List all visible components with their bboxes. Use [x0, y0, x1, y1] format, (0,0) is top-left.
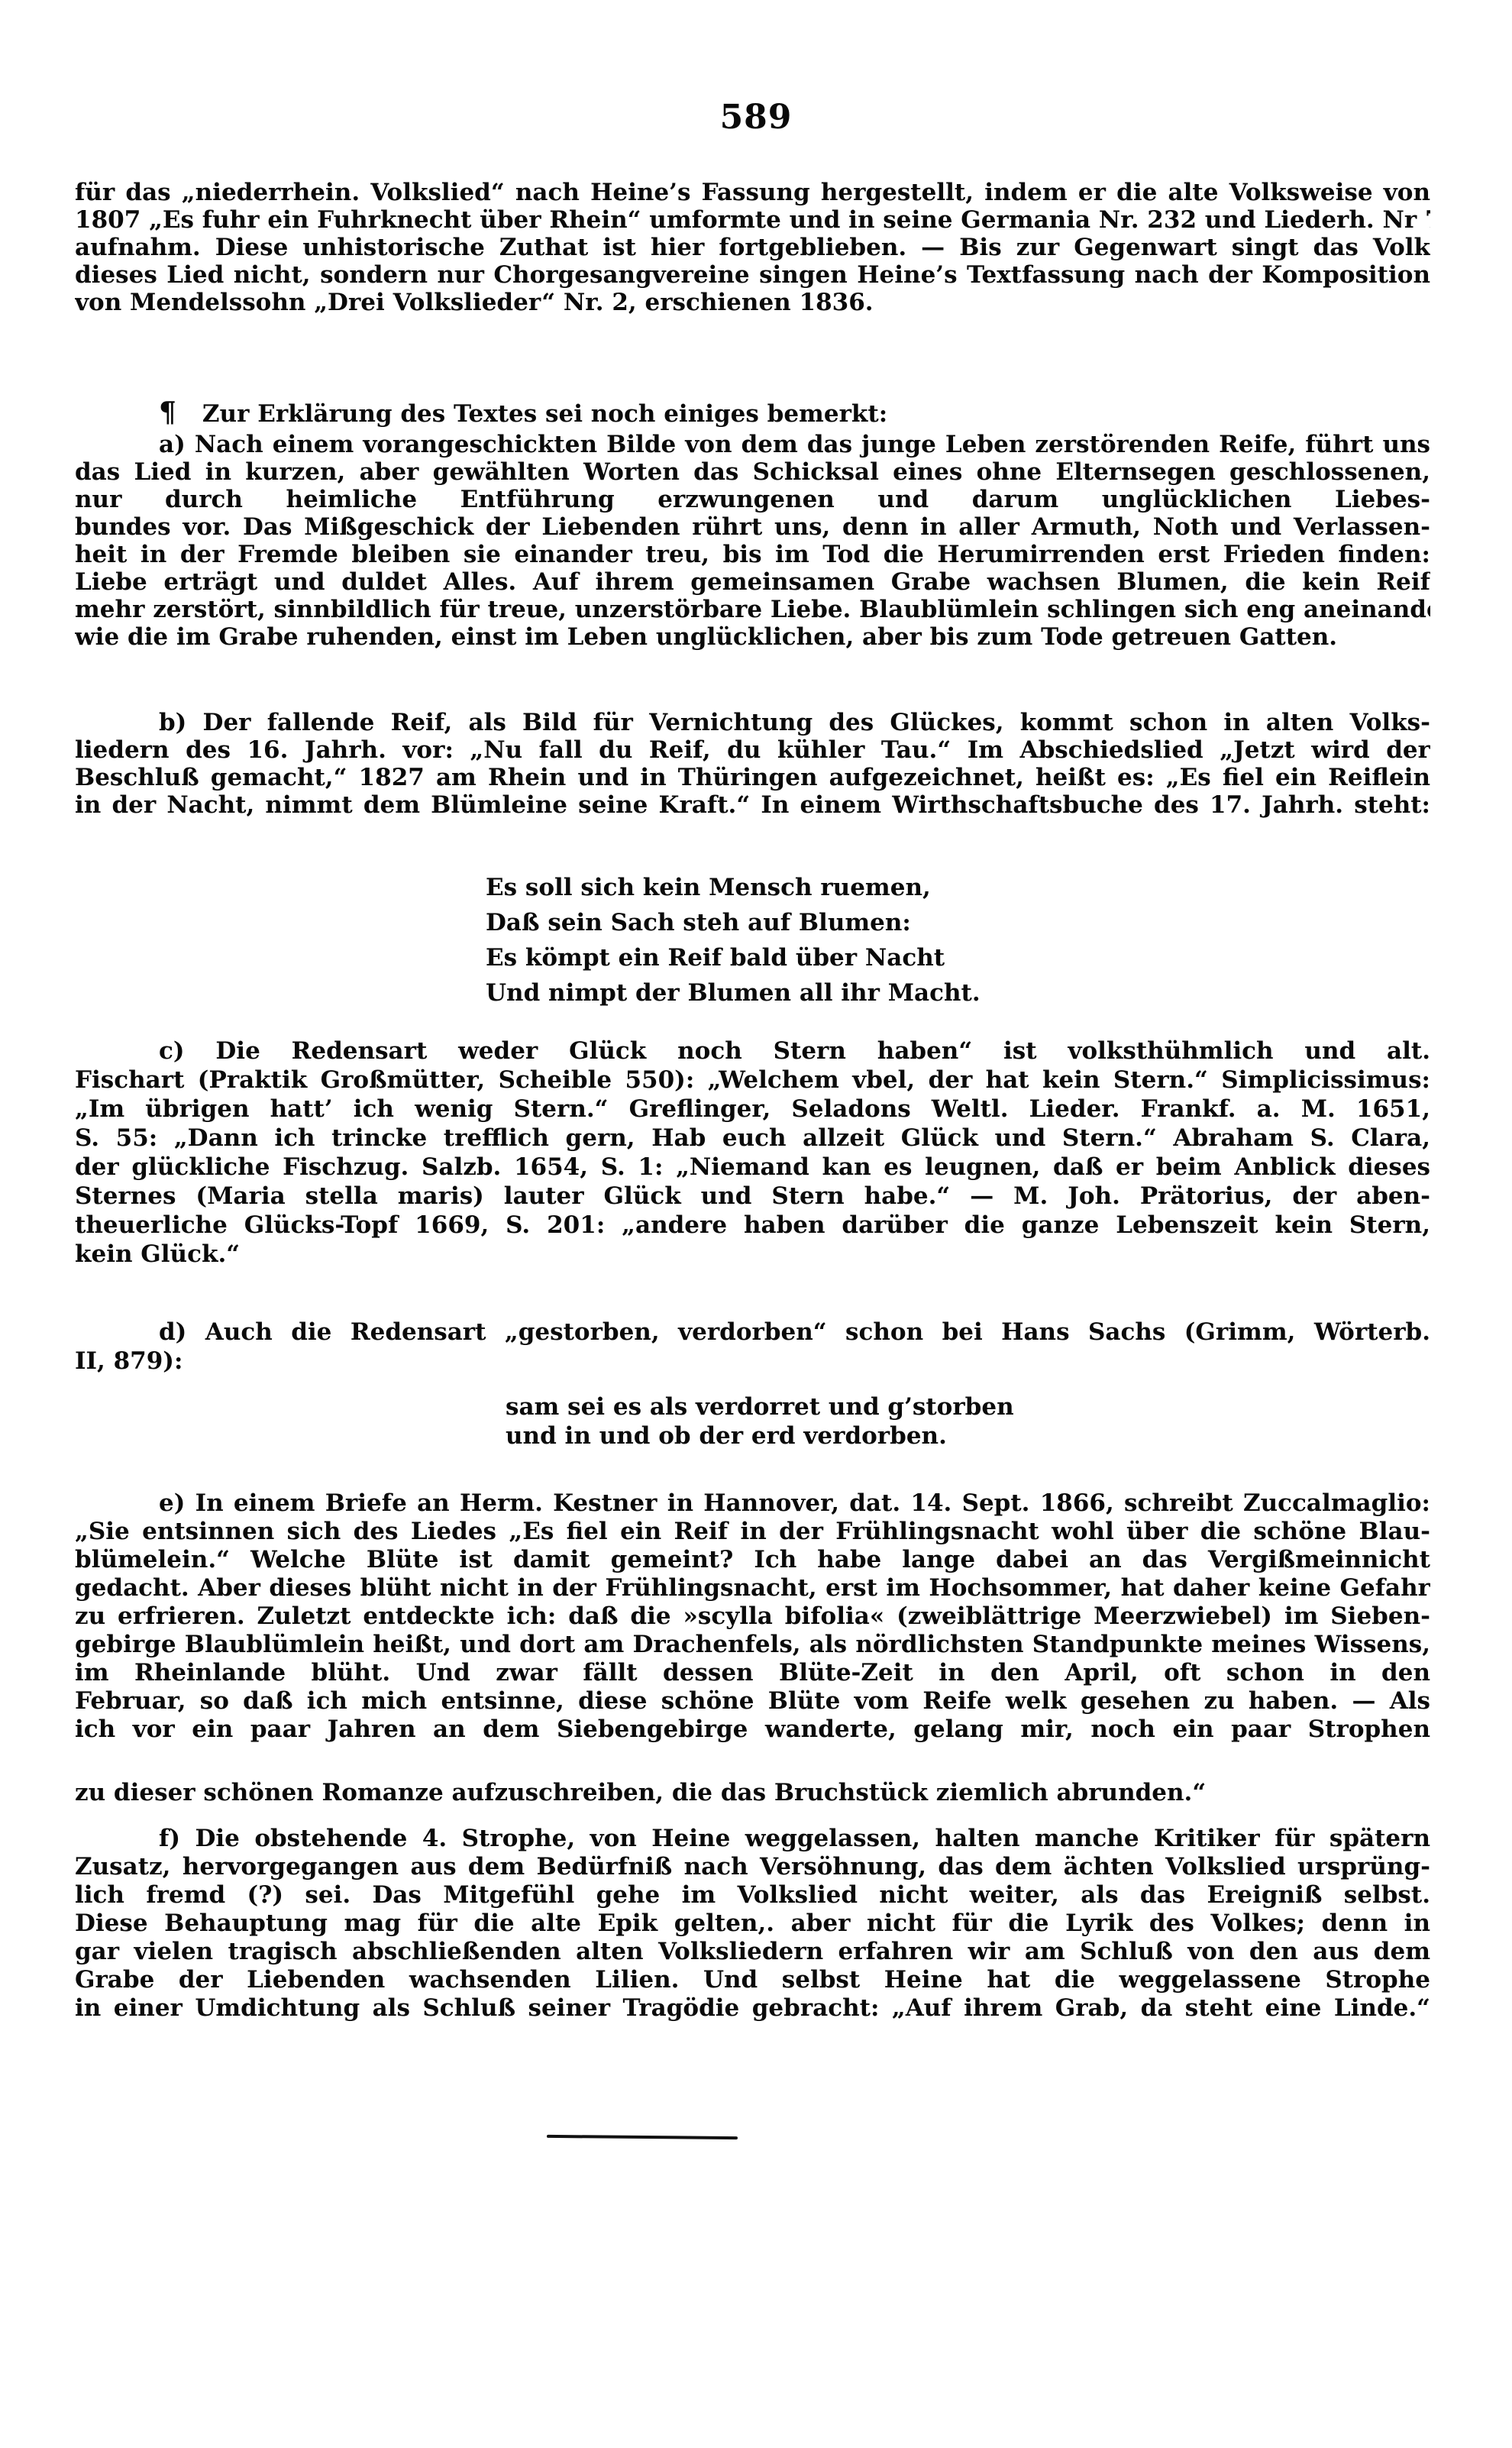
verse-line: und in und ob der erd verdorben. [506, 1419, 947, 1453]
text-line: II, 879): [75, 1344, 1430, 1378]
text-line: in der Nacht, nimmt dem Blümleine seine … [75, 788, 1430, 822]
text-line: kein Glück.“ [75, 1237, 1430, 1271]
text-line: von Mendelssohn „Drei Volkslieder“ Nr. 2… [75, 286, 1430, 319]
verse-line: Daß sein Sach steh auf Blumen: [486, 906, 911, 939]
explanation-heading: ¶Zur Erklärung des Textes sei noch einig… [159, 396, 1430, 429]
text-line: zu dieser schönen Romanze aufzuschreiben… [75, 1776, 1430, 1809]
text-line: ich vor ein paar Jahren an dem Siebengeb… [75, 1712, 1430, 1746]
text-line: wie die im Grabe ruhenden, einst im Lebe… [75, 620, 1430, 654]
verse-line: Es kömpt ein Reif bald über Nacht [486, 941, 945, 975]
verse-line: Und nimpt der Blumen all ihr Macht. [486, 976, 981, 1010]
explanation-text: Zur Erklärung des Textes sei noch einige… [202, 400, 887, 428]
page-number: 589 [0, 98, 1512, 137]
section-divider [547, 2135, 738, 2139]
pilcrow-icon: ¶ [159, 396, 176, 429]
text-line: in einer Umdichtung als Schluß seiner Tr… [75, 1991, 1430, 2025]
verse-line: Es soll sich kein Mensch ruemen, [486, 871, 931, 904]
